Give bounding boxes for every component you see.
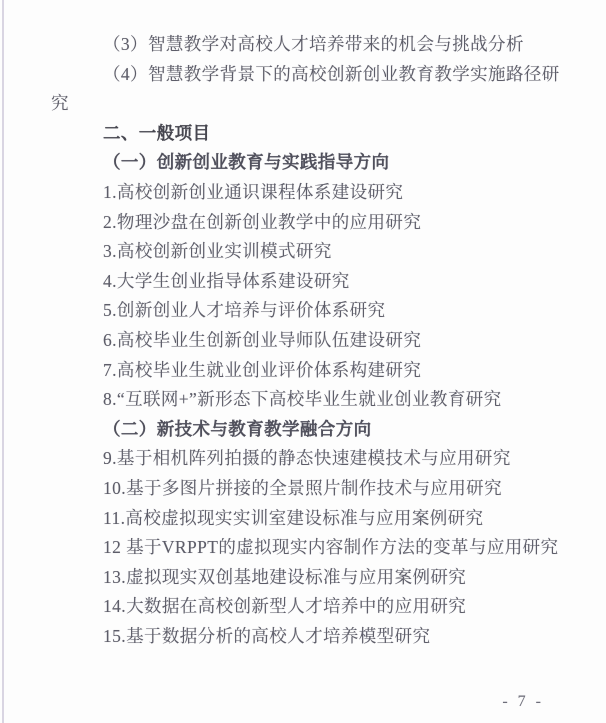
doc-line: 5.创新创业人才培养与评价体系研究 — [51, 296, 566, 326]
doc-line: 6.高校毕业生创新创业导师队伍建设研究 — [51, 326, 566, 356]
document-body: （3）智慧教学对高校人才培养带来的机会与挑战分析（4）智慧教学背景下的高校创新创… — [51, 30, 566, 651]
doc-line: （3）智慧教学对高校人才培养带来的机会与挑战分析 — [51, 30, 566, 60]
doc-line: 10.基于多图片拼接的全景照片制作技术与应用研究 — [51, 474, 566, 504]
doc-line: 15.基于数据分析的高校人才培养模型研究 — [51, 622, 566, 652]
doc-heading2-line: （一）创新创业教育与实践指导方向 — [51, 148, 566, 178]
doc-line: 4.大学生创业指导体系建设研究 — [51, 267, 566, 297]
doc-line: 1.高校创新创业通识课程体系建设研究 — [51, 178, 566, 208]
doc-line: （4）智慧教学背景下的高校创新创业教育教学实施路径研 — [51, 60, 566, 90]
doc-line: 2.物理沙盘在创新创业教学中的应用研究 — [51, 208, 566, 238]
doc-line: 究 — [51, 89, 566, 119]
doc-line: 11.高校虚拟现实实训室建设标准与应用案例研究 — [51, 504, 566, 534]
doc-heading1-line: 二、一般项目 — [51, 119, 566, 149]
doc-line: 14.大数据在高校创新型人才培养中的应用研究 — [51, 592, 566, 622]
doc-line: 8.“互联网+”新形态下高校毕业生就业创业教育研究 — [51, 385, 566, 415]
doc-line: 12 基于VRPPT的虚拟现实内容制作方法的变革与应用研究 — [51, 533, 566, 563]
doc-heading2-line: （二）新技术与教育教学融合方向 — [51, 415, 566, 445]
doc-line: 3.高校创新创业实训模式研究 — [51, 237, 566, 267]
scan-edge-line — [2, 0, 4, 723]
doc-line: 13.虚拟现实双创基地建设标准与应用案例研究 — [51, 563, 566, 593]
document-page: （3）智慧教学对高校人才培养带来的机会与挑战分析（4）智慧教学背景下的高校创新创… — [0, 0, 606, 723]
page-number: - 7 - — [502, 693, 544, 711]
doc-line: 7.高校毕业生就业创业评价体系构建研究 — [51, 356, 566, 386]
doc-line: 9.基于相机阵列拍摄的静态快速建模技术与应用研究 — [51, 444, 566, 474]
